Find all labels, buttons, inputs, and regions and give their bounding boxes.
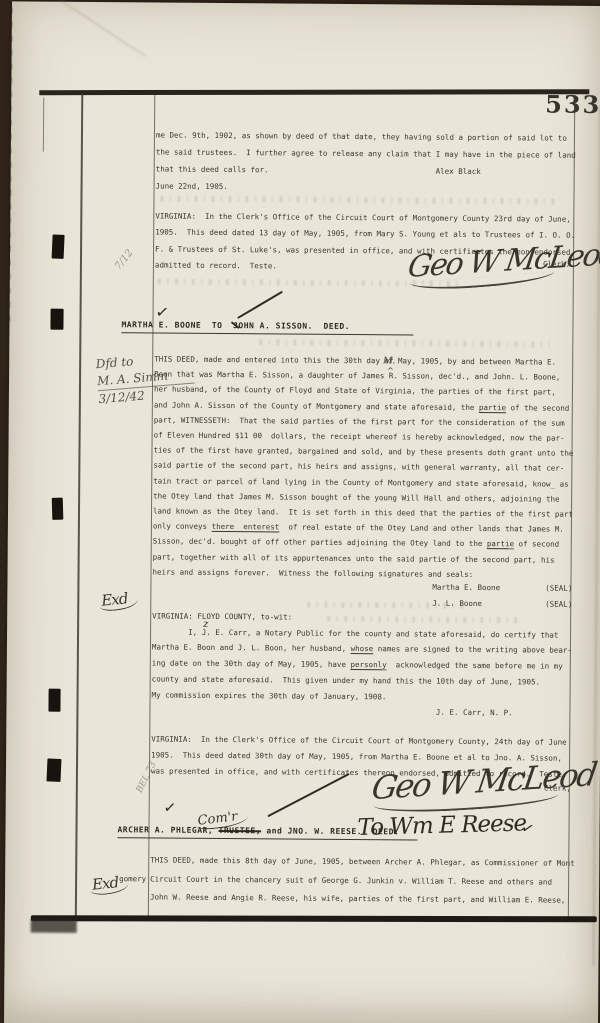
exd-note-1: Exd (99, 588, 139, 610)
binding-mark (48, 689, 60, 712)
binding-mark (52, 234, 65, 258)
page-number: 533 (545, 90, 600, 119)
binding-mark (52, 498, 64, 520)
deed-body-boone-sisson: THIS DEED, made and entered into this th… (152, 351, 574, 582)
paper-crease (49, 0, 146, 57)
check-stroke (237, 291, 283, 319)
binding-mark (50, 309, 63, 330)
scanned-deed-book-page: { "page": { "number": "533", "colors": {… (0, 0, 600, 1023)
text-line: John W. Reese and Angie R. Reese, his wi… (150, 888, 570, 910)
deed-heading-boone-sisson: MARTHA E. BOONE TO JOHN A. SISSON. DEED. (121, 320, 413, 335)
insertion-caret: ^ (387, 366, 394, 375)
text-line: June 22nd, 1905. (156, 177, 576, 197)
paper-sheet: 533 me Dec. 9th, 1902, as shown by deed … (4, 1, 600, 1023)
text-line: J. E. Carr, N. P. (151, 703, 571, 722)
check-mark: ✓ (163, 798, 178, 817)
bottom-rule-smudge (31, 920, 77, 933)
left-margin-dashed-line (10, 1, 14, 321)
short-margin-line (43, 98, 44, 152)
pencil-note-top: 7/12 (113, 248, 136, 272)
clerk-title-2: Clerk, (544, 784, 571, 793)
interlined-correction-z: z (203, 619, 208, 630)
exd-note-2: Exd (89, 872, 129, 894)
to-grantee-handwriting: To Wm E Reese (357, 810, 526, 841)
clerk-title-1: Clerk. (543, 260, 570, 269)
left-margin-line (75, 94, 83, 918)
binding-mark (46, 758, 61, 782)
bottom-rule (31, 915, 597, 922)
signature-seal-lines: Martha E. Boone (SEAL) J. L. Boone (SEAL… (152, 577, 572, 611)
margin-filing-note: Dfd toM. A. Simm3/12/42 (95, 349, 196, 409)
check-mark: ✓ (154, 302, 170, 323)
deed-continuation-paragraph: me Dec. 9th, 1902, as shown by deed of t… (156, 126, 577, 197)
notary-acknowledgment: VIRGINIA: FLOYD COUNTY, to-wit: I, J. E.… (151, 608, 572, 721)
interlined-correction-m: M. (383, 356, 395, 366)
deed-body-phlegar-reese: THIS DEED, made this 8th day of June, 19… (150, 851, 570, 910)
paper-right-edge (592, 106, 600, 966)
ghost-text-row (259, 339, 549, 347)
top-rule (39, 89, 589, 95)
